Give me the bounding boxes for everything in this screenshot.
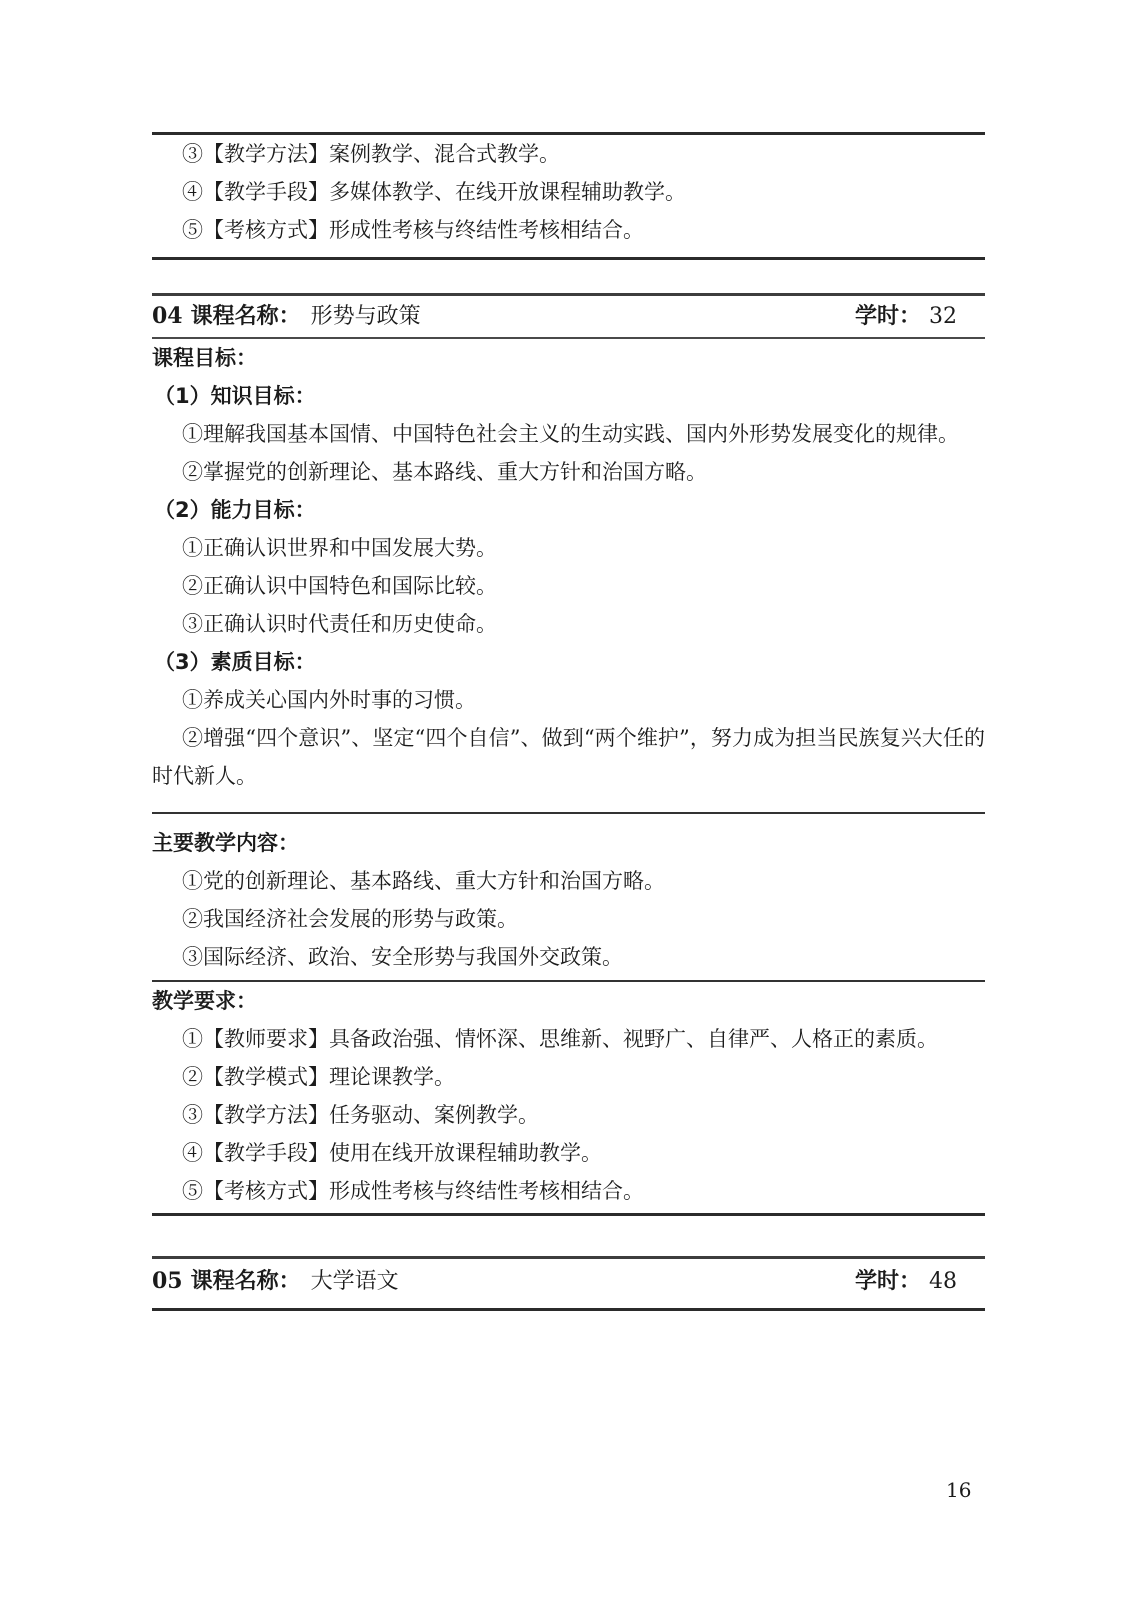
quality-objective-item: ②增强“四个意识”、坚定“四个自信”、做到“两个维护”，努力成为担当民族复兴大任… xyxy=(152,719,985,795)
content-section-title: 主要教学内容： xyxy=(152,824,985,862)
requirement-item: ①【教师要求】具备政治强、情怀深、思维新、视野广、自律严、人格正的素质。 xyxy=(152,1020,985,1058)
prev-course-requirement-item: ④【教学手段】多媒体教学、在线开放课程辅助教学。 xyxy=(152,173,985,211)
quality-objective-item: ①养成关心国内外时事的习惯。 xyxy=(152,681,985,719)
ability-objective-item: ③正确认识时代责任和历史使命。 xyxy=(152,605,985,643)
content-item: ③国际经济、政治、安全形势与我国外交政策。 xyxy=(152,938,985,976)
requirements-section-title: 教学要求： xyxy=(152,982,985,1020)
ability-objective-item: ①正确认识世界和中国发展大势。 xyxy=(152,529,985,567)
requirement-item: ⑤【考核方式】形成性考核与终结性考核相结合。 xyxy=(152,1172,985,1210)
course-number: 04 xyxy=(152,303,183,329)
course-04-header-row: 04课程名称：形势与政策 学时：32 xyxy=(152,293,985,339)
hours-value: 32 xyxy=(929,304,957,329)
table-border-bottom-double xyxy=(152,1308,985,1311)
course-05-header-row: 05课程名称：大学语文 学时：48 xyxy=(152,1256,985,1304)
course-number: 05 xyxy=(152,1268,183,1294)
objectives-section-title: 课程目标： xyxy=(152,339,985,377)
course-04-hours-group: 学时：32 xyxy=(855,303,957,331)
course-name: 大学语文 xyxy=(311,1269,399,1294)
requirement-item: ④【教学手段】使用在线开放课程辅助教学。 xyxy=(152,1134,985,1172)
course-05-title-group: 05课程名称：大学语文 xyxy=(152,1267,399,1296)
document-body: ③【教学方法】案例教学、混合式教学。 ④【教学手段】多媒体教学、在线开放课程辅助… xyxy=(152,132,985,1311)
ability-objectives-title: （2）能力目标： xyxy=(152,491,985,529)
prev-course-requirement-item: ⑤【考核方式】形成性考核与终结性考核相结合。 xyxy=(152,211,985,249)
knowledge-objectives-title: （1）知识目标： xyxy=(152,377,985,415)
course-name-label: 课程名称： xyxy=(191,1269,301,1294)
document-page: ③【教学方法】案例教学、混合式教学。 ④【教学手段】多媒体教学、在线开放课程辅助… xyxy=(0,0,1131,1600)
ability-objective-item: ②正确认识中国特色和国际比较。 xyxy=(152,567,985,605)
knowledge-objective-item: ②掌握党的创新理论、基本路线、重大方针和治国方略。 xyxy=(152,453,985,491)
course-name: 形势与政策 xyxy=(311,304,421,329)
table-border-bottom-double xyxy=(152,1213,985,1216)
content-item: ①党的创新理论、基本路线、重大方针和治国方略。 xyxy=(152,862,985,900)
table-border-single xyxy=(152,812,985,814)
hours-label: 学时： xyxy=(855,1269,921,1294)
course-05-hours-group: 学时：48 xyxy=(855,1268,957,1296)
table-border-bottom-double xyxy=(152,257,985,260)
page-number: 16 xyxy=(946,1478,971,1502)
requirement-item: ②【教学模式】理论课教学。 xyxy=(152,1058,985,1096)
requirement-item: ③【教学方法】任务驱动、案例教学。 xyxy=(152,1096,985,1134)
knowledge-objective-item: ①理解我国基本国情、中国特色社会主义的生动实践、国内外形势发展变化的规律。 xyxy=(152,415,985,453)
prev-course-requirement-item: ③【教学方法】案例教学、混合式教学。 xyxy=(152,135,985,173)
content-item: ②我国经济社会发展的形势与政策。 xyxy=(152,900,985,938)
course-name-label: 课程名称： xyxy=(191,304,301,329)
course-04-title-group: 04课程名称：形势与政策 xyxy=(152,302,421,331)
hours-label: 学时： xyxy=(855,304,921,329)
hours-value: 48 xyxy=(929,1269,957,1294)
quality-objectives-title: （3）素质目标： xyxy=(152,643,985,681)
